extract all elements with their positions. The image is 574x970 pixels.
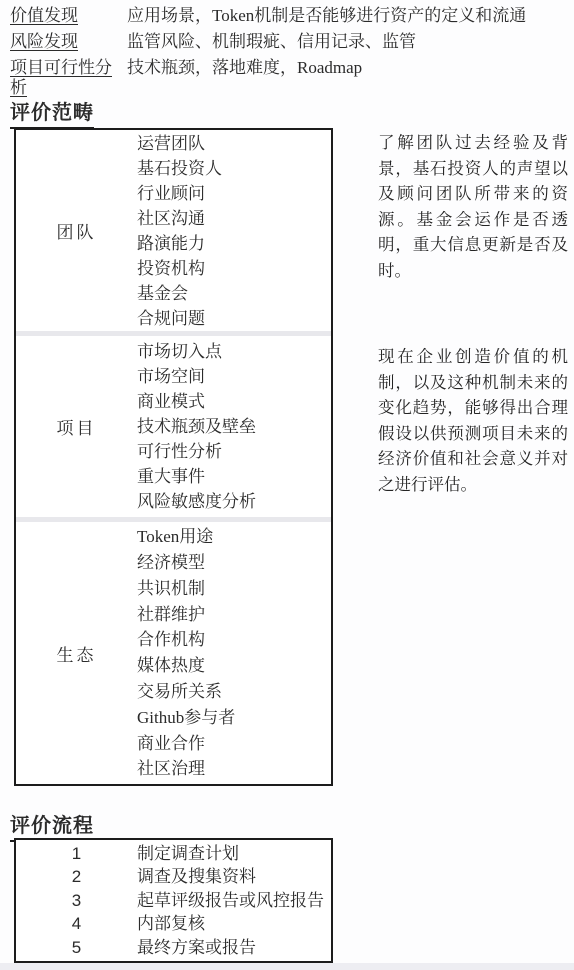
scope-item: 商业模式 [137, 389, 331, 414]
definition-description: 应用场景，Token机制是否能够进行资产的定义和流通 [127, 6, 568, 26]
scope-item: 技术瓶颈及壁垒 [137, 414, 331, 439]
page-edge-shadow [0, 963, 574, 970]
scope-item: 运营团队 [137, 131, 331, 156]
scope-item: 可行性分析 [137, 439, 331, 464]
scope-section-team: 团队 运营团队 基石投资人 行业顾问 社区沟通 路演能力 投资机构 基金会 合规… [16, 130, 331, 331]
scope-section-ecosystem: 生态 Token用途 经济模型 共识机制 社群维护 合作机构 媒体热度 交易所关… [16, 522, 331, 784]
evaluation-scope-table: 团队 运营团队 基石投资人 行业顾问 社区沟通 路演能力 投资机构 基金会 合规… [14, 128, 333, 786]
scope-item: 合作机构 [137, 627, 331, 653]
evaluation-process-table: 1 制定调查计划 2 调查及搜集资料 3 起草评级报告或风控报告 4 内部复核 … [14, 838, 333, 963]
definition-description: 监管风险、机制瑕疵、信用记录、监管 [127, 32, 568, 52]
project-section-note: 现在企业创造价值的机制，以及这种机制未来的变化趋势，能够得出合理假设以供预测项目… [378, 344, 568, 497]
scope-item: 投资机构 [137, 256, 331, 281]
scope-item-list-ecosystem: Token用途 经济模型 共识机制 社群维护 合作机构 媒体热度 交易所关系 G… [137, 522, 331, 784]
scope-item-list-project: 市场切入点 市场空间 商业模式 技术瓶颈及壁垒 可行性分析 重大事件 风险敏感度… [137, 336, 331, 517]
process-step-row: 3 起草评级报告或风控报告 [16, 889, 331, 913]
definition-term: 价值发现 [10, 6, 127, 26]
step-number: 3 [16, 889, 137, 913]
step-description: 起草评级报告或风控报告 [137, 889, 331, 913]
category-label-project: 项目 [16, 336, 137, 517]
scope-item: Token用途 [137, 524, 331, 550]
step-number: 5 [16, 936, 137, 960]
section-heading-scope: 评价范畴 [10, 96, 94, 129]
category-label-team: 团队 [16, 130, 137, 331]
scope-item: 基石投资人 [137, 156, 331, 181]
scope-item: 商业合作 [137, 731, 331, 757]
step-description: 制定调查计划 [137, 842, 331, 866]
scope-item: 合规问题 [137, 306, 331, 331]
step-description: 最终方案或报告 [137, 936, 331, 960]
category-label-ecosystem: 生态 [16, 522, 137, 784]
scope-item: 行业顾问 [137, 181, 331, 206]
definition-row: 价值发现 应用场景，Token机制是否能够进行资产的定义和流通 [10, 6, 568, 26]
step-number: 1 [16, 842, 137, 866]
process-step-row: 2 调查及搜集资料 [16, 865, 331, 889]
scope-item: 交易所关系 [137, 679, 331, 705]
step-description: 调查及搜集资料 [137, 865, 331, 889]
scope-item-list-team: 运营团队 基石投资人 行业顾问 社区沟通 路演能力 投资机构 基金会 合规问题 [137, 130, 331, 331]
scope-item: 风险敏感度分析 [137, 489, 331, 514]
definition-term: 项目可行性分析 [10, 58, 127, 98]
step-number: 4 [16, 912, 137, 936]
definition-list: 价值发现 应用场景，Token机制是否能够进行资产的定义和流通 风险发现 监管风… [10, 6, 568, 104]
step-description: 内部复核 [137, 912, 331, 936]
scope-item: 基金会 [137, 281, 331, 306]
scope-item: 路演能力 [137, 231, 331, 256]
scope-item: 社区沟通 [137, 206, 331, 231]
definition-row: 项目可行性分析 技术瓶颈，落地难度，Roadmap [10, 58, 568, 98]
scope-item: 社群维护 [137, 602, 331, 628]
team-section-note: 了解团队过去经验及背景，基石投资人的声望以及顾问团队所带来的资源。基金会运作是否… [378, 130, 568, 283]
definition-description: 技术瓶颈，落地难度，Roadmap [127, 58, 568, 78]
scope-section-project: 项目 市场切入点 市场空间 商业模式 技术瓶颈及壁垒 可行性分析 重大事件 风险… [16, 336, 331, 517]
scope-item: Github参与者 [137, 705, 331, 731]
scope-item: 重大事件 [137, 464, 331, 489]
step-number: 2 [16, 865, 137, 889]
definition-row: 风险发现 监管风险、机制瑕疵、信用记录、监管 [10, 32, 568, 52]
scope-item: 市场切入点 [137, 339, 331, 364]
scope-item: 经济模型 [137, 550, 331, 576]
process-step-row: 4 内部复核 [16, 912, 331, 936]
scope-item: 市场空间 [137, 364, 331, 389]
definition-term: 风险发现 [10, 32, 127, 52]
process-step-row: 5 最终方案或报告 [16, 936, 331, 960]
scope-item: 媒体热度 [137, 653, 331, 679]
scope-item: 社区治理 [137, 756, 331, 782]
scope-item: 共识机制 [137, 576, 331, 602]
process-step-row: 1 制定调查计划 [16, 842, 331, 866]
